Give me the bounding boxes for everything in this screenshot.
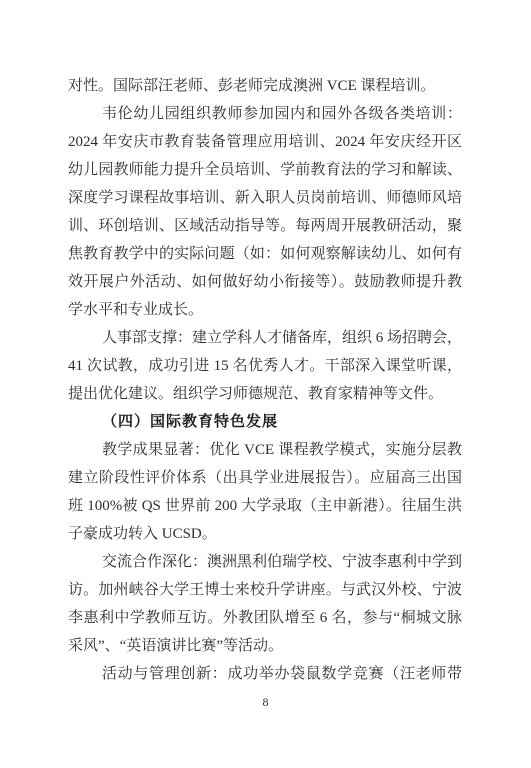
text-line: 幼儿园教师能力提升全员培训、学前教育法的学习和解读、 bbox=[68, 156, 462, 184]
text-line: 访。加州峡谷大学王博士来校升学讲座。与武汉外校、宁波 bbox=[68, 576, 462, 604]
text-line: 提出优化建议。组织学习师德规范、教育家精神等文件。 bbox=[68, 380, 462, 408]
section-heading: （四）国际教育特色发展 bbox=[68, 408, 462, 436]
text-line: 训、环创培训、区域活动指导等。每两周开展教研活动，聚 bbox=[68, 212, 462, 240]
text-line: 焦教育教学中的实际问题（如：如何观察解读幼儿、如何有 bbox=[68, 240, 462, 268]
text-line: 41 次试教，成功引进 15 名优秀人才。干部深入课堂听课， bbox=[68, 352, 462, 380]
document-body: 对性。国际部汪老师、彭老师完成澳洲 VCE 课程培训。韦伦幼儿园组织教师参加园内… bbox=[0, 0, 531, 768]
text-line: 人事部支撑：建立学科人才储备库，组织 6 场招聘会， bbox=[68, 324, 462, 352]
text-line: 李惠利中学教师互访。外教团队增至 6 名，参与“桐城文脉 bbox=[68, 604, 462, 632]
text-line: 深度学习课程故事培训、新入职人员岗前培训、师德师风培 bbox=[68, 184, 462, 212]
document-page: 对性。国际部汪老师、彭老师完成澳洲 VCE 课程培训。韦伦幼儿园组织教师参加园内… bbox=[0, 0, 531, 768]
text-line: 建立阶段性评价体系（出具学业进展报告）。应届高三出国 bbox=[68, 464, 462, 492]
text-line: 对性。国际部汪老师、彭老师完成澳洲 VCE 课程培训。 bbox=[68, 72, 462, 100]
text-line: 班 100%被 QS 世界前 200 大学录取（主申新港）。往届生洪 bbox=[68, 492, 462, 520]
text-line: 韦伦幼儿园组织教师参加园内和园外各级各类培训： bbox=[68, 100, 462, 128]
text-line: 交流合作深化：澳洲黑利伯瑞学校、宁波李惠利中学到 bbox=[68, 548, 462, 576]
text-line: 教学成果显著：优化 VCE 课程教学模式，实施分层教学， bbox=[68, 436, 462, 464]
text-line: 学水平和专业成长。 bbox=[68, 296, 462, 324]
page-number: 8 bbox=[0, 694, 531, 710]
text-line: 效开展户外活动、如何做好幼小衔接等）。鼓励教师提升教 bbox=[68, 268, 462, 296]
text-line: 活动与管理创新：成功举办袋鼠数学竞赛（汪老师带 bbox=[68, 660, 462, 688]
text-line: 子豪成功转入 UCSD。 bbox=[68, 520, 462, 548]
text-line: 2024 年安庆市教育装备管理应用培训、2024 年安庆经开区 bbox=[68, 128, 462, 156]
text-line: 采风”、“英语演讲比赛”等活动。 bbox=[68, 632, 462, 660]
